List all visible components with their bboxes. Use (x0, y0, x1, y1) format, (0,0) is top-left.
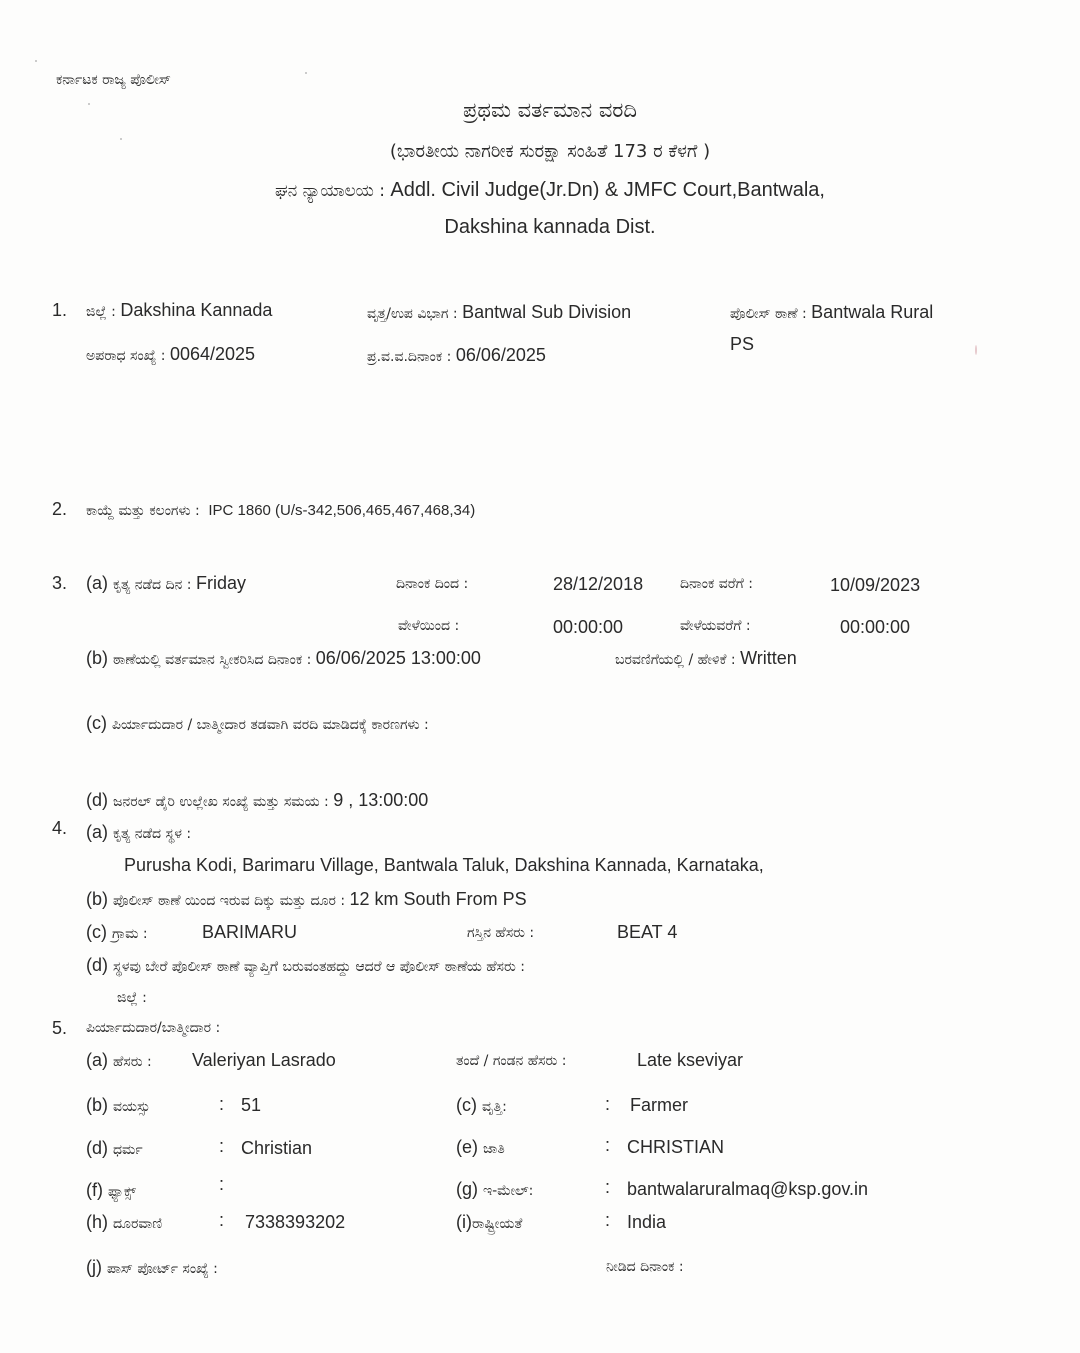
other-station-field: (d) ಸ್ಥಳವು ಬೇರೆ ಪೊಲೀಸ್ ಠಾಣೆ ವ್ಯಾಪ್ತಿಗೆ ಬ… (86, 955, 525, 976)
email-label: (g) ಇ-ಮೇಲ್: (456, 1179, 533, 1200)
nationality-label: (i)ರಾಷ್ಟ್ರೀಯತೆ (456, 1212, 522, 1233)
age-value: 51 (241, 1095, 261, 1116)
court-line-2: Dakshina kannada Dist. (0, 216, 1080, 239)
caste-value: CHRISTIAN (627, 1137, 724, 1158)
time-from-label: ವೇಳೆಯಿಂದ : (398, 618, 459, 634)
village-field: (c) ಗ್ರಾಮ : (86, 922, 148, 943)
delay-reason-field: (c) ಪಿರ್ಯಾದುದಾರ / ಬಾತ್ಮೀದಾರ ತಡವಾಗಿ ವರದಿ … (86, 713, 429, 734)
info-mode-value: Written (740, 648, 797, 668)
fax-label: (f) ಫ್ಯಾಕ್ಸ್ (86, 1180, 136, 1201)
religion-value: Christian (241, 1138, 312, 1159)
occurrence-day-value: Friday (196, 573, 246, 593)
caste-label: (e) ಜಾತಿ (456, 1137, 505, 1158)
crime-number-value: 0064/2025 (170, 344, 255, 364)
occurrence-day-field: (a) ಕೃತ್ಯ ನಡೆದ ದಿನ : Friday (86, 573, 246, 594)
father-name-value: Late kseviyar (637, 1050, 743, 1071)
village-value: BARIMARU (202, 922, 297, 943)
subdivision-value: Bantwal Sub Division (462, 302, 631, 322)
date-from-value: 28/12/2018 (553, 574, 643, 595)
document-title: ಪ್ರಥಮ ವರ್ತಮಾನ ವರದಿ (0, 98, 1080, 123)
document-subtitle: (ಭಾರತೀಯ ನಾಗರೀಕ ಸುರಕ್ಷಾ ಸಂಹಿತೆ 173 ರ ಕೆಳಗ… (0, 141, 1080, 162)
section-5-number: 5. (52, 1018, 67, 1039)
occupation-value: Farmer (630, 1095, 688, 1116)
passport-issued-date-label: ನೀಡಿದ ದಿನಾಂಕ : (606, 1259, 684, 1275)
direction-distance-value: 12 km South From PS (350, 889, 527, 909)
father-name-label: ತಂದೆ / ಗಂಡನ ಹೆಸರು : (456, 1053, 567, 1069)
section-4-number: 4. (52, 818, 67, 839)
acts-sections-value: IPC 1860 (U/s-342,506,465,467,468,34) (208, 502, 475, 519)
acts-sections-field: ಕಾಯ್ದೆ ಮತ್ತು ಕಲಂಗಳು : IPC 1860 (U/s-342,… (86, 502, 475, 519)
date-to-label: ದಿನಾಂಕ ವರೆಗೆ : (680, 576, 753, 592)
court-label: ಘನ ನ್ಯಾಯಾಲಯ : (275, 181, 390, 201)
police-station-field: ಪೊಲೀಸ್ ಠಾಣೆ : Bantwala Rural (730, 302, 933, 323)
time-to-label: ವೇಳೆಯವರೆಗೆ : (680, 618, 751, 634)
info-received-field: (b) ಠಾಣೆಯಲ್ಲಿ ವರ್ತಮಾನ ಸ್ವೀಕರಿಸಿದ ದಿನಾಂಕ … (86, 648, 481, 669)
complainant-name-label: (a) ಹೆಸರು : (86, 1050, 152, 1071)
scan-speck (305, 72, 307, 74)
police-station-value-line2: PS (730, 334, 754, 355)
scan-speck (975, 345, 977, 355)
court-value: Addl. Civil Judge(Jr.Dn) & JMFC Court,Ba… (390, 179, 825, 201)
scan-speck (120, 138, 122, 140)
time-to-value: 00:00:00 (840, 617, 910, 638)
other-district-label: ಜಿಲ್ಲೆ : (117, 990, 147, 1006)
general-diary-value: 9 , 13:00:00 (333, 790, 428, 810)
district-value: Dakshina Kannada (120, 300, 272, 320)
place-of-occurrence-value: Purusha Kodi, Barimaru Village, Bantwala… (124, 855, 764, 876)
time-from-value: 00:00:00 (553, 617, 623, 638)
district-field: ಜಿಲ್ಲೆ : Dakshina Kannada (86, 300, 272, 321)
nationality-value: India (627, 1212, 666, 1233)
phone-value: 7338393202 (245, 1212, 345, 1233)
section-1-number: 1. (52, 300, 67, 321)
beat-value: BEAT 4 (617, 922, 677, 943)
age-label: (b) ವಯಸ್ಸು (86, 1095, 150, 1116)
section-2-number: 2. (52, 499, 67, 520)
subdivision-field: ವೃತ್ತ/ಉಪ ವಿಭಾಗ : Bantwal Sub Division (367, 302, 631, 323)
passport-label: (j) ಪಾಸ್ ಪೋರ್ಟ್ ಸಂಖ್ಯೆ : (86, 1257, 218, 1278)
police-station-value: Bantwala Rural (811, 302, 933, 322)
date-to-value: 10/09/2023 (830, 575, 920, 596)
info-received-value: 06/06/2025 13:00:00 (316, 648, 481, 668)
direction-distance-field: (b) ಪೊಲೀಸ್ ಠಾಣೆ ಯಿಂದ ಇರುವ ದಿಕ್ಕು ಮತ್ತು ದ… (86, 889, 527, 910)
crime-number-field: ಅಪರಾಧ ಸಂಖ್ಯೆ : 0064/2025 (86, 344, 255, 365)
email-value: bantwalaruralmaq@ksp.gov.in (627, 1179, 868, 1200)
phone-label: (h) ದೂರವಾಣಿ (86, 1212, 162, 1233)
religion-label: (d) ಧರ್ಮ (86, 1138, 143, 1159)
occupation-label: (c) ವೃತ್ತಿ: (456, 1095, 507, 1116)
date-from-label: ದಿನಾಂಕ ದಿಂದ : (396, 576, 468, 592)
general-diary-field: (d) ಜನರಲ್ ಡೈರಿ ಉಲ್ಲೇಖ ಸಂಖ್ಯೆ ಮತ್ತು ಸಮಯ :… (86, 790, 428, 811)
court-line: ಘನ ನ್ಯಾಯಾಲಯ : Addl. Civil Judge(Jr.Dn) &… (0, 179, 1080, 202)
complainant-name-value: Valeriyan Lasrado (192, 1050, 336, 1071)
place-of-occurrence-field: (a) ಕೃತ್ಯ ನಡೆದ ಸ್ಥಳ : (86, 822, 191, 843)
fir-date-field: ಪ್ರ.ವ.ವ.ದಿನಾಂಕ : 06/06/2025 (367, 345, 546, 366)
beat-label: ಗಸ್ತಿನ ಹೆಸರು : (467, 925, 534, 941)
org-name: ಕರ್ನಾಟಕ ರಾಜ್ಯ ಪೊಲೀಸ್ (56, 72, 171, 88)
section-3-number: 3. (52, 573, 67, 594)
scan-speck (35, 60, 37, 62)
fir-date-value: 06/06/2025 (456, 345, 546, 365)
complainant-heading: ಪಿರ್ಯಾದುದಾರ/ಬಾತ್ಮೀದಾರ : (86, 1020, 220, 1036)
info-mode-field: ಬರವಣಿಗೆಯಲ್ಲಿ / ಹೇಳಿಕೆ : Written (615, 648, 797, 669)
